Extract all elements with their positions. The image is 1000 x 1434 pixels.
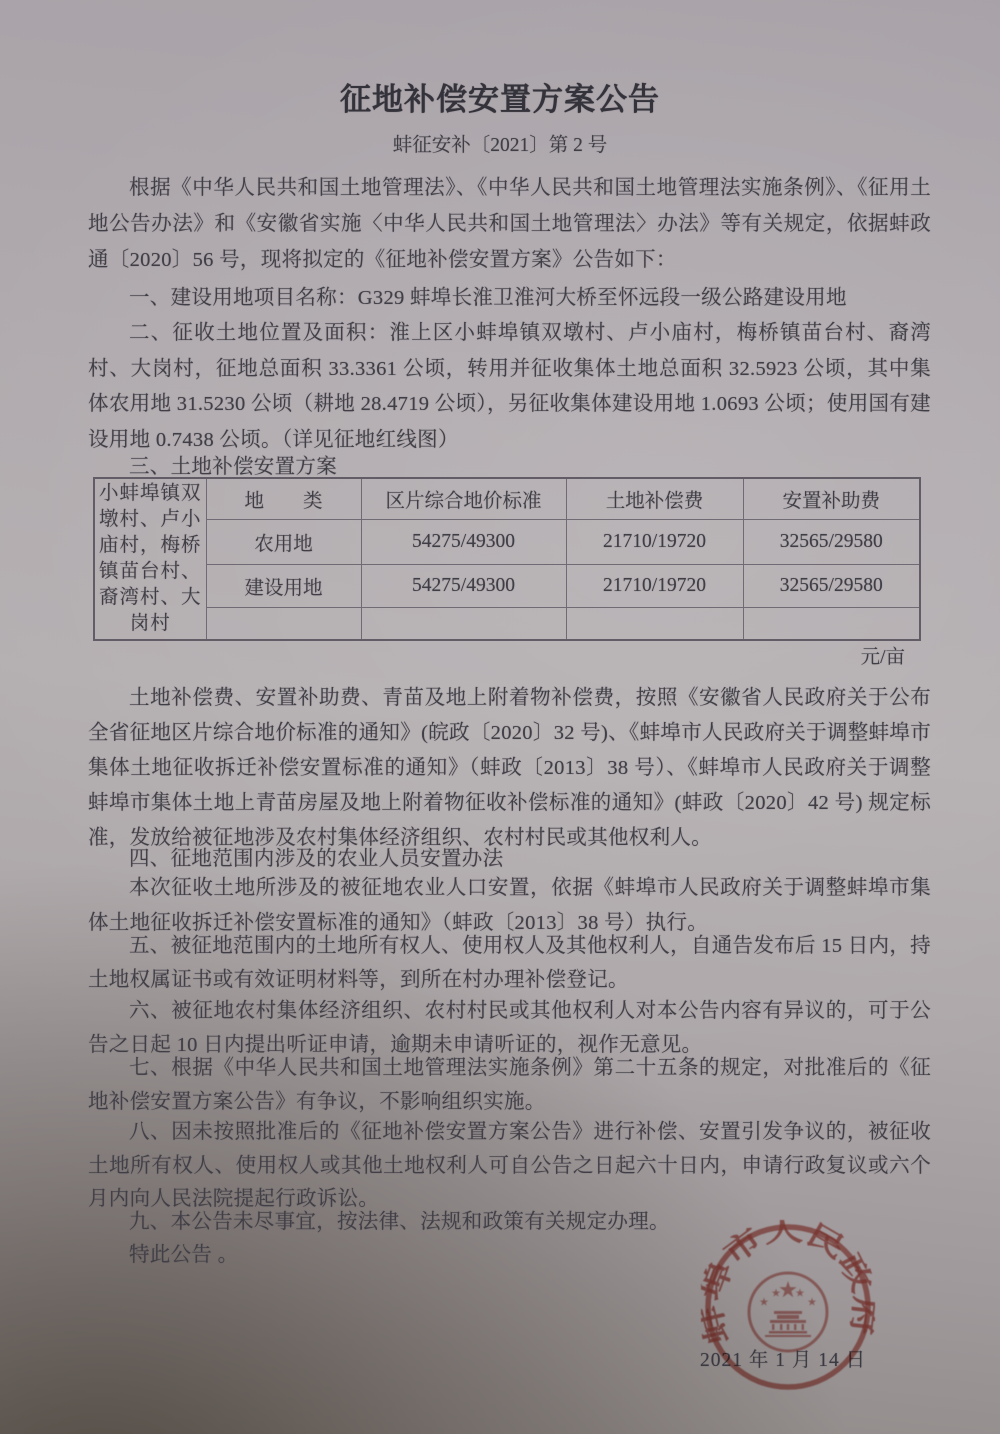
national-emblem-icon <box>749 1273 827 1351</box>
standards-paragraph: 土地补偿费、安置补助费、青苗及地上附着物补偿费，按照《安徽省人民政府关于公布全省… <box>88 681 931 856</box>
page-title: 征地补偿安置方案公告 <box>0 74 1000 119</box>
cell-subsidy: 32565/29580 <box>743 564 920 607</box>
compensation-table: 小蚌埠镇双墩村、卢小庙村，梅桥镇苗台村、裔湾村、大岗村 地 类 区片综合地价标准… <box>93 477 921 641</box>
table-header-subsidy: 安置补助费 <box>743 478 920 519</box>
table-region-cell: 小蚌埠镇双墩村、卢小庙村，梅桥镇苗台村、裔湾村、大岗村 <box>94 478 206 640</box>
government-seal: 蚌埠市人民政府 <box>701 1220 875 1394</box>
cell-land-type <box>206 607 361 640</box>
table-unit-note: 元/亩 <box>88 641 905 669</box>
table-header-land-type: 地 类 <box>206 478 361 519</box>
cell-subsidy: 32565/29580 <box>743 519 920 564</box>
cell-land-type: 农用地 <box>206 519 361 564</box>
item-2-land-location: 二、征收土地位置及面积：淮上区小蚌埠镇双墩村、卢小庙村，梅桥镇苗台村、裔湾村、大… <box>88 316 931 458</box>
cell-price-std: 54275/49300 <box>361 564 566 607</box>
cell-compensation <box>566 607 743 640</box>
table-header-price-std: 区片综合地价标准 <box>361 478 566 519</box>
document-number: 蚌征安补〔2021〕第 2 号 <box>0 129 1000 157</box>
cell-compensation: 21710/19720 <box>566 519 743 564</box>
table-row: 建设用地 54275/49300 21710/19720 32565/29580 <box>94 564 920 607</box>
cell-compensation: 21710/19720 <box>566 564 743 607</box>
item-5-registration: 五、被征地范围内的土地所有权人、使用权人及其他权利人，自通告发布后 15 日内，… <box>88 929 931 997</box>
intro-paragraph: 根据《中华人民共和国土地管理法》、《中华人民共和国土地管理法实施条例》、《征用土… <box>88 170 931 278</box>
item-7-dispute: 七、根据《中华人民共和国土地管理法实施条例》第二十五条的规定，对批准后的《征地补… <box>88 1051 931 1119</box>
cell-price-std: 54275/49300 <box>361 519 566 564</box>
table-row: 农用地 54275/49300 21710/19720 32565/29580 <box>94 519 920 564</box>
table-header-compensation: 土地补偿费 <box>566 478 743 519</box>
table-row <box>94 607 920 640</box>
cell-subsidy <box>743 607 920 640</box>
document-photo: 征地补偿安置方案公告 蚌征安补〔2021〕第 2 号 根据《中华人民共和国土地管… <box>0 0 1000 1434</box>
item-8-review: 八、因未按照批准后的《征地补偿安置方案公告》进行补偿、安置引发争议的，被征收土地… <box>88 1116 931 1217</box>
item-1-project-name: 一、建设用地项目名称：G329 蚌埠长淮卫淮河大桥至怀远段一级公路建设用地 <box>88 281 931 316</box>
cell-price-std <box>361 607 566 640</box>
cell-land-type: 建设用地 <box>206 564 361 607</box>
